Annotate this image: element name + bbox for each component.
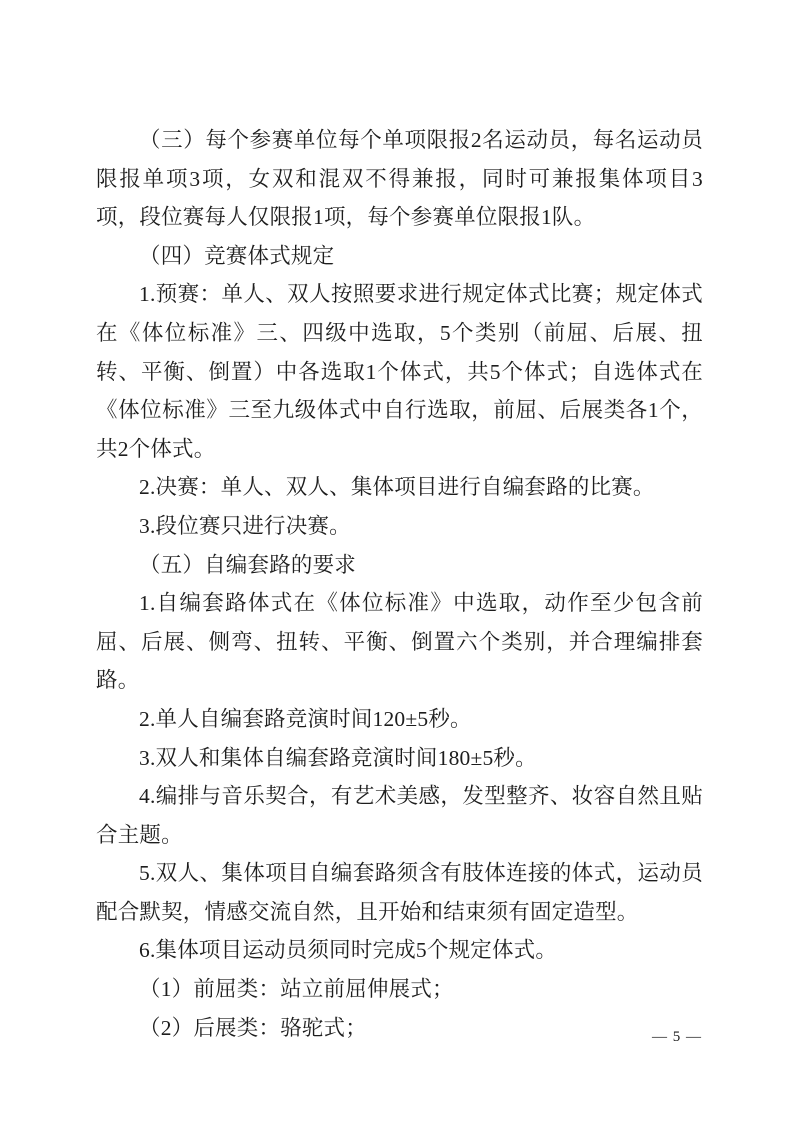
- paragraph: 1.预赛：单人、双人按照要求进行规定体式比赛；规定体式在《体位标准》三、四级中选…: [96, 275, 703, 468]
- paragraph: 3.段位赛只进行决赛。: [96, 507, 703, 546]
- document-body: （三）每个参赛单位每个单项限报2名运动员，每名运动员限报单项3项，女双和混双不得…: [96, 121, 703, 1047]
- list-item: （2）后展类：骆驼式；: [96, 1009, 703, 1048]
- paragraph: 2.决赛：单人、双人、集体项目进行自编套路的比赛。: [96, 468, 703, 507]
- paragraph: 6.集体项目运动员须同时完成5个规定体式。: [96, 931, 703, 970]
- paragraph: 2.单人自编套路竞演时间120±5秒。: [96, 700, 703, 739]
- paragraph: 4.编排与音乐契合，有艺术美感，发型整齐、妆容自然且贴合主题。: [96, 777, 703, 854]
- document-page: （三）每个参赛单位每个单项限报2名运动员，每名运动员限报单项3项，女双和混双不得…: [0, 0, 794, 1123]
- list-item: （1）前屈类：站立前屈伸展式；: [96, 970, 703, 1009]
- section-heading: （五）自编套路的要求: [96, 546, 703, 585]
- paragraph: 3.双人和集体自编套路竞演时间180±5秒。: [96, 739, 703, 778]
- paragraph: （三）每个参赛单位每个单项限报2名运动员，每名运动员限报单项3项，女双和混双不得…: [96, 121, 703, 237]
- paragraph: 1.自编套路体式在《体位标准》中选取，动作至少包含前屈、后展、侧弯、扭转、平衡、…: [96, 584, 703, 700]
- page-number: — 5 —: [652, 1029, 702, 1046]
- section-heading: （四）竞赛体式规定: [96, 237, 703, 276]
- paragraph: 5.双人、集体项目自编套路须含有肢体连接的体式，运动员配合默契，情感交流自然，且…: [96, 854, 703, 931]
